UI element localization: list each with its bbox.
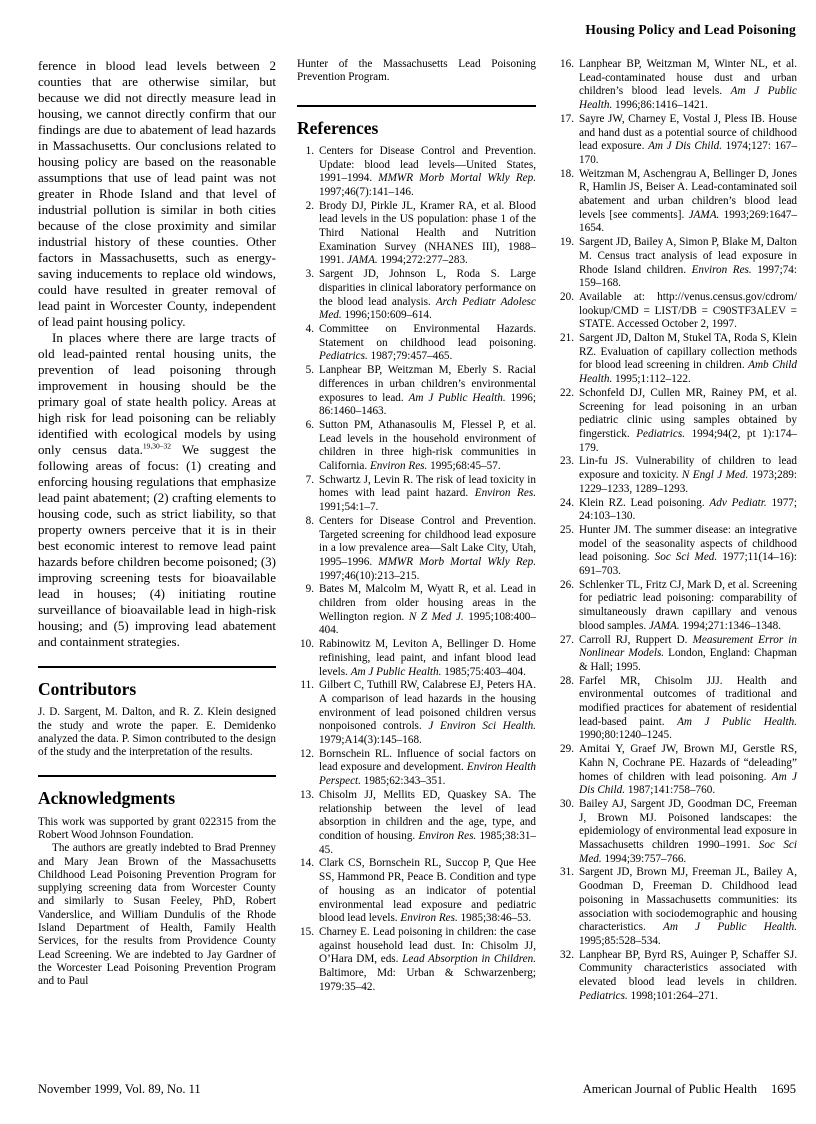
acknowledgments-heading: Acknowledgments <box>38 789 276 808</box>
italic-text: Am J Public Health. <box>677 716 797 728</box>
reference-text: Available at: http://venus.census.gov/cd… <box>579 291 797 332</box>
reference-item: 30.Bailey AJ, Sargent JD, Goodman DC, Fr… <box>557 798 797 867</box>
references-heading: References <box>297 119 536 138</box>
reference-item: 12.Bornschein RL. Influence of social fa… <box>297 748 536 789</box>
reference-text: Bailey AJ, Sargent JD, Goodman DC, Freem… <box>579 798 797 867</box>
acknowledgments-paragraph: This work was supported by grant 022315 … <box>38 816 276 843</box>
italic-text: JAMA. <box>649 620 680 632</box>
reference-number: 5. <box>297 364 314 378</box>
italic-text: N Engl J Med. <box>682 469 748 481</box>
right-column: 16.Lanphear BP, Weitzman M, Winter NL, e… <box>557 58 797 1004</box>
reference-number: 3. <box>297 268 314 282</box>
italic-text: Am J Public Health. <box>663 921 797 933</box>
reference-item: 31.Sargent JD, Brown MJ, Freeman JL, Bai… <box>557 866 797 948</box>
section-divider <box>38 666 276 668</box>
footer-journal-name: American Journal of Public Health <box>583 1082 757 1096</box>
reference-item: 1.Centers for Disease Control and Preven… <box>297 145 536 200</box>
italic-text: N Z Med J. <box>409 611 464 623</box>
reference-number: 21. <box>557 332 574 346</box>
left-column: ference in blood lead levels between 2 c… <box>38 58 276 989</box>
italic-text: Measurement Error in Nonlinear Models. <box>579 634 797 660</box>
reference-number: 15. <box>297 926 314 940</box>
acknowledgments-continuation: Hunter of the Massachusetts Lead Poisoni… <box>297 58 536 85</box>
reference-item: 28.Farfel MR, Chisolm JJJ. Health and en… <box>557 675 797 744</box>
reference-number: 28. <box>557 675 574 689</box>
italic-text: MMWR Morb Mortal Wkly Rep. <box>378 556 536 568</box>
contributors-paragraph: J. D. Sargent, M. Dalton, and R. Z. Klei… <box>38 706 276 759</box>
reference-number: 29. <box>557 743 574 757</box>
reference-item: 3.Sargent JD, Johnson L, Roda S. Large d… <box>297 268 536 323</box>
reference-item: 6.Sutton PM, Athanasoulis M, Flessel P, … <box>297 419 536 474</box>
reference-number: 4. <box>297 323 314 337</box>
reference-text: Schlenker TL, Fritz CJ, Mark D, et al. S… <box>579 579 797 634</box>
reference-number: 24. <box>557 497 574 511</box>
acknowledgments-paragraph: The authors are greatly indebted to Brad… <box>38 842 276 988</box>
reference-item: 27.Carroll RJ, Ruppert D. Measurement Er… <box>557 634 797 675</box>
section-divider <box>38 775 276 777</box>
italic-text: Am J Dis Child. <box>579 771 797 797</box>
contributors-body: J. D. Sargent, M. Dalton, and R. Z. Klei… <box>38 706 276 759</box>
reference-number: 9. <box>297 583 314 597</box>
italic-text: Am J Dis Child. <box>648 140 722 152</box>
reference-item: 5.Lanphear BP, Weitzman M, Eberly S. Rac… <box>297 364 536 419</box>
reference-item: 22.Schonfeld DJ, Cullen MR, Rainey PM, e… <box>557 387 797 456</box>
italic-text: JAMA. <box>347 254 378 266</box>
italic-text: MMWR Morb Mortal Wkly Rep. <box>378 172 536 184</box>
reference-text: Farfel MR, Chisolm JJJ. Health and envir… <box>579 675 797 744</box>
reference-text: Sargent JD, Dalton M, Stukel TA, Roda S,… <box>579 332 797 387</box>
reference-text: Bates M, Malcolm M, Wyatt R, et al. Lead… <box>319 583 536 638</box>
reference-list-1-15: 1.Centers for Disease Control and Preven… <box>297 145 536 995</box>
reference-text: Sargent JD, Bailey A, Simon P, Blake M, … <box>579 236 797 291</box>
reference-number: 14. <box>297 857 314 871</box>
italic-text: Environ Res. <box>370 460 427 472</box>
italic-text: Am J Public Health. <box>351 666 442 678</box>
reference-item: 7.Schwartz J, Levin R. The risk of lead … <box>297 474 536 515</box>
reference-text: Charney E. Lead poisoning in children: t… <box>319 926 536 995</box>
italic-text: Environ Res. <box>475 487 536 499</box>
reference-list-16-32: 16.Lanphear BP, Weitzman M, Winter NL, e… <box>557 58 797 1004</box>
reference-item: 2.Brody DJ, Pirkle JL, Kramer RA, et al.… <box>297 200 536 269</box>
reference-item: 32.Lanphear BP, Byrd RS, Auinger P, Scha… <box>557 949 797 1004</box>
reference-text: Lin-fu JS. Vulnerability of children to … <box>579 455 797 496</box>
reference-number: 11. <box>297 679 314 693</box>
reference-number: 17. <box>557 113 574 127</box>
body-paragraph: In places where there are large tracts o… <box>38 330 276 650</box>
italic-text: Pediatrics. <box>636 428 685 440</box>
reference-number: 16. <box>557 58 574 72</box>
reference-item: 10.Rabinowitz M, Leviton A, Bellinger D.… <box>297 638 536 679</box>
reference-number: 20. <box>557 291 574 305</box>
reference-text: Carroll RJ, Ruppert D. Measurement Error… <box>579 634 797 675</box>
italic-text: Arch Pediatr Adolesc Med. <box>319 296 536 322</box>
italic-text: JAMA. <box>689 209 720 221</box>
reference-text: Centers for Disease Control and Preventi… <box>319 515 536 584</box>
reference-number: 31. <box>557 866 574 880</box>
middle-column: Hunter of the Massachusetts Lead Poisoni… <box>297 58 536 994</box>
reference-text: Chisolm JJ, Mellits ED, Quaskey SA. The … <box>319 789 536 858</box>
reference-text: Weitzman M, Aschengrau A, Bellinger D, J… <box>579 168 797 237</box>
reference-text: Sargent JD, Brown MJ, Freeman JL, Bailey… <box>579 866 797 948</box>
reference-item: 21.Sargent JD, Dalton M, Stukel TA, Roda… <box>557 332 797 387</box>
reference-text: Lanphear BP, Weitzman M, Winter NL, et a… <box>579 58 797 113</box>
reference-text: Lanphear BP, Byrd RS, Auinger P, Schaffe… <box>579 949 797 1004</box>
reference-number: 30. <box>557 798 574 812</box>
section-divider <box>297 105 536 107</box>
reference-number: 27. <box>557 634 574 648</box>
footer-page-number: 1695 <box>771 1082 796 1096</box>
reference-item: 17.Sayre JW, Charney E, Vostal J, Pless … <box>557 113 797 168</box>
reference-number: 23. <box>557 455 574 469</box>
continuation-paragraph: Hunter of the Massachusetts Lead Poisoni… <box>297 58 536 85</box>
reference-text: Rabinowitz M, Leviton A, Bellinger D. Ho… <box>319 638 536 679</box>
reference-number: 19. <box>557 236 574 250</box>
italic-text: Amb Child Health. <box>579 359 797 385</box>
italic-text: Lead Absorption in Children. <box>402 953 536 965</box>
reference-number: 10. <box>297 638 314 652</box>
reference-item: 26.Schlenker TL, Fritz CJ, Mark D, et al… <box>557 579 797 634</box>
reference-text: Brody DJ, Pirkle JL, Kramer RA, et al. B… <box>319 200 536 269</box>
italic-text: Pediatrics. <box>319 350 368 362</box>
reference-item: 4.Committee on Environmental Hazards. St… <box>297 323 536 364</box>
italic-text: Adv Pediatr. <box>709 497 766 509</box>
body-paragraph: ference in blood lead levels between 2 c… <box>38 58 276 330</box>
reference-number: 18. <box>557 168 574 182</box>
reference-item: 25.Hunter JM. The summer disease: an int… <box>557 524 797 579</box>
italic-text: Soc Sci Med. <box>655 551 718 563</box>
reference-number: 7. <box>297 474 314 488</box>
reference-text: Amitai Y, Graef JW, Brown MJ, Gerstle RS… <box>579 743 797 798</box>
reference-text: Schonfeld DJ, Cullen MR, Rainey PM, et a… <box>579 387 797 456</box>
italic-text: Environ Res. <box>418 830 476 842</box>
acknowledgments-body: This work was supported by grant 022315 … <box>38 816 276 989</box>
italic-text: J Environ Sci Health. <box>428 720 536 732</box>
reference-number: 22. <box>557 387 574 401</box>
italic-text: Am J Public Health. <box>579 85 797 111</box>
reference-number: 26. <box>557 579 574 593</box>
italic-text: Am J Public Health. <box>409 392 506 404</box>
reference-item: 11.Gilbert C, Tuthill RW, Calabrese EJ, … <box>297 679 536 748</box>
reference-number: 25. <box>557 524 574 538</box>
reference-text: Sutton PM, Athanasoulis M, Flessel P, et… <box>319 419 536 474</box>
reference-item: 15.Charney E. Lead poisoning in children… <box>297 926 536 995</box>
reference-text: Lanphear BP, Weitzman M, Eberly S. Racia… <box>319 364 536 419</box>
reference-number: 6. <box>297 419 314 433</box>
reference-item: 19.Sargent JD, Bailey A, Simon P, Blake … <box>557 236 797 291</box>
reference-text: Committee on Environmental Hazards. Stat… <box>319 323 536 364</box>
journal-page: Housing Policy and Lead Poisoning ferenc… <box>0 0 816 1124</box>
italic-text: Environ Res. <box>692 264 752 276</box>
reference-number: 13. <box>297 789 314 803</box>
reference-text: Hunter JM. The summer disease: an integr… <box>579 524 797 579</box>
reference-text: Sargent JD, Johnson L, Roda S. Large dis… <box>319 268 536 323</box>
reference-item: 8.Centers for Disease Control and Preven… <box>297 515 536 584</box>
italic-text: Pediatrics. <box>579 990 628 1002</box>
italic-text: Environ Health Perspect. <box>319 761 536 787</box>
reference-item: 24.Klein RZ. Lead poisoning. Adv Pediatr… <box>557 497 797 524</box>
reference-text: Centers for Disease Control and Preventi… <box>319 145 536 200</box>
footer-journal-info: American Journal of Public Health1695 <box>583 1082 796 1097</box>
reference-text: Klein RZ. Lead poisoning. Adv Pediatr. 1… <box>579 497 797 524</box>
contributors-heading: Contributors <box>38 680 276 699</box>
reference-item: 20.Available at: http://venus.census.gov… <box>557 291 797 332</box>
italic-text: Environ Res. <box>400 912 457 924</box>
reference-number: 32. <box>557 949 574 963</box>
italic-text: Soc Sci Med. <box>579 839 797 865</box>
reference-text: Clark CS, Bornschein RL, Succop P, Que H… <box>319 857 536 926</box>
reference-item: 16.Lanphear BP, Weitzman M, Winter NL, e… <box>557 58 797 113</box>
footer-issue-info: November 1999, Vol. 89, No. 11 <box>38 1082 201 1097</box>
reference-item: 14.Clark CS, Bornschein RL, Succop P, Qu… <box>297 857 536 926</box>
reference-item: 13.Chisolm JJ, Mellits ED, Quaskey SA. T… <box>297 789 536 858</box>
superscript-citation: 19,30–32 <box>143 442 171 451</box>
reference-number: 12. <box>297 748 314 762</box>
reference-item: 29.Amitai Y, Graef JW, Brown MJ, Gerstle… <box>557 743 797 798</box>
running-head-title: Housing Policy and Lead Poisoning <box>585 22 796 38</box>
reference-number: 8. <box>297 515 314 529</box>
reference-item: 9.Bates M, Malcolm M, Wyatt R, et al. Le… <box>297 583 536 638</box>
reference-text: Sayre JW, Charney E, Vostal J, Pless IB.… <box>579 113 797 168</box>
reference-item: 23.Lin-fu JS. Vulnerability of children … <box>557 455 797 496</box>
reference-number: 1. <box>297 145 314 159</box>
reference-number: 2. <box>297 200 314 214</box>
reference-text: Schwartz J, Levin R. The risk of lead to… <box>319 474 536 515</box>
reference-text: Gilbert C, Tuthill RW, Calabrese EJ, Pet… <box>319 679 536 748</box>
reference-item: 18.Weitzman M, Aschengrau A, Bellinger D… <box>557 168 797 237</box>
reference-text: Bornschein RL. Influence of social facto… <box>319 748 536 789</box>
